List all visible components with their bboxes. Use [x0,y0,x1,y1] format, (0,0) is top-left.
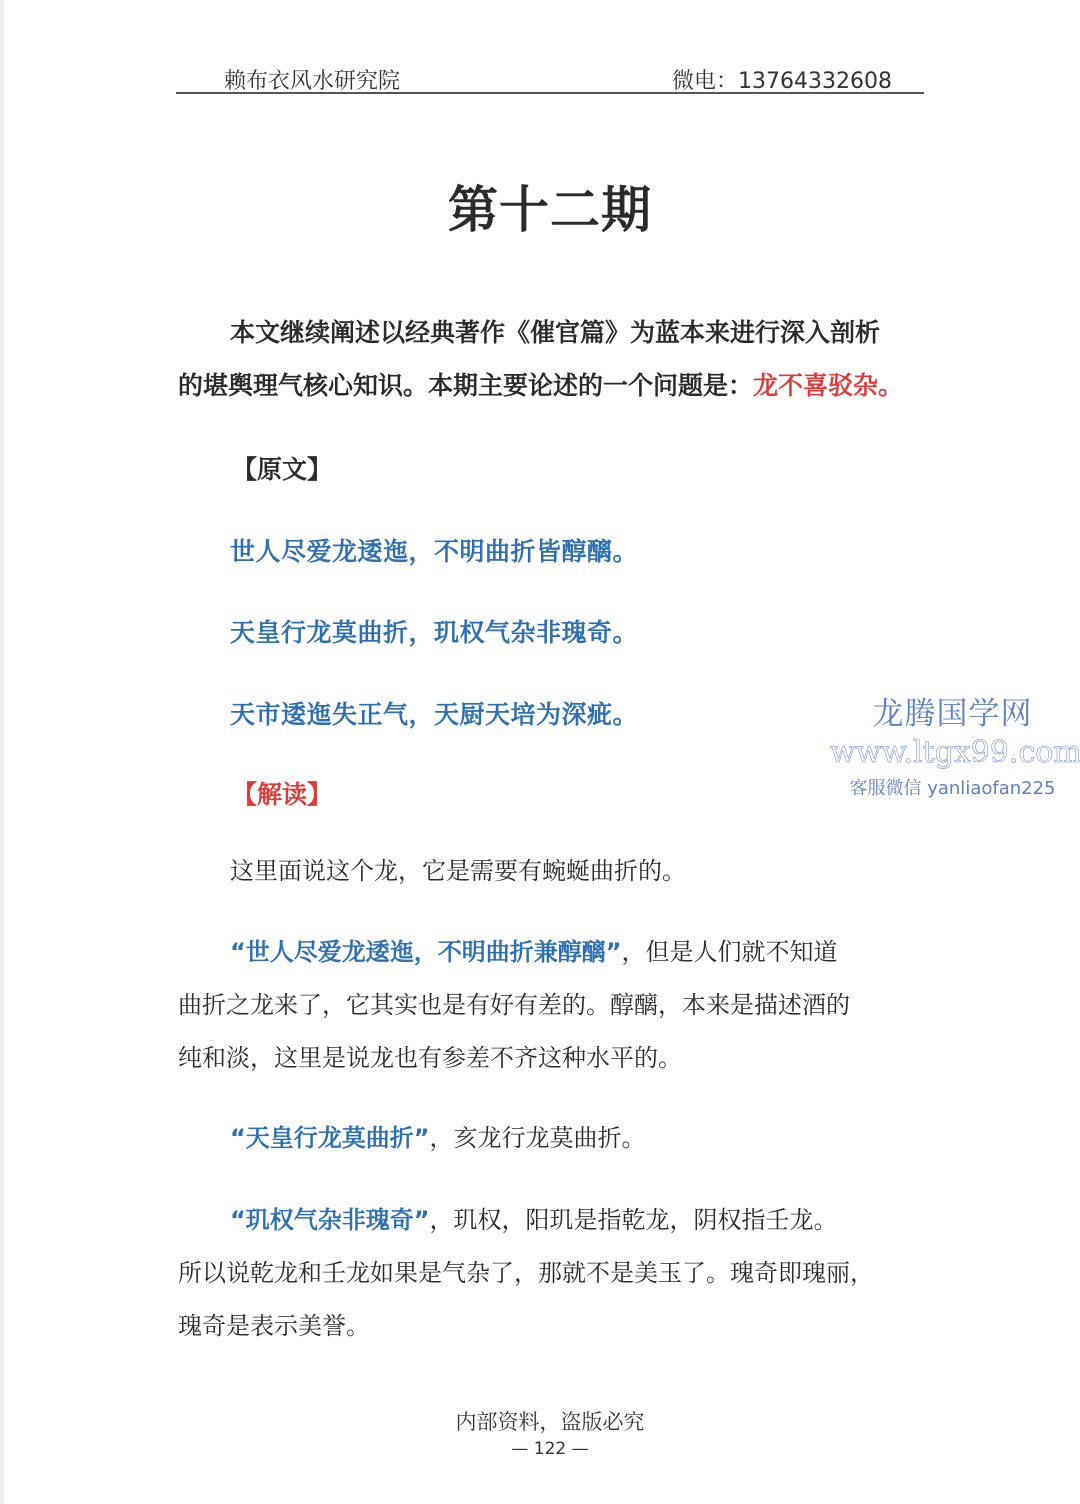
quote-verse-2a: “天皇行龙莫曲折” [230,1124,430,1152]
interp-p4-rest: ，玑权，阳玑是指乾龙，阴权指壬龙。 [430,1206,838,1234]
interp-p2-line-3: 纯和淡，这里是说龙也有参差不齐这种水平的。 [178,1032,930,1085]
interp-paragraph-4: “玑权气杂非瑰奇”，玑权，阳玑是指乾龙，阴权指壬龙。 所以说乾龙和壬龙如果是气杂… [178,1194,930,1353]
watermark: 龙腾国学网 www.ltgx99.com 客服微信 yanliaofan225 [830,688,1075,800]
verse-2: 天皇行龙莫曲折，玑权气杂非瑰奇。 [230,613,638,649]
watermark-name: 龙腾国学网 [830,688,1075,733]
interp-p2-rest: ，但是人们就不知道 [622,938,838,966]
header-contact: 微电：13764332608 [672,64,892,95]
verse-3: 天市逶迤失正气，天厨天培为深疵。 [230,695,638,731]
quote-verse-2b: “玑权气杂非瑰奇” [230,1206,430,1234]
intro-highlight: 龙不喜驳杂。 [753,371,903,400]
interp-p4-line-1: “玑权气杂非瑰奇”，玑权，阳玑是指乾龙，阴权指壬龙。 [178,1194,930,1247]
header-divider [176,92,924,94]
original-label: 【原文】 [232,450,332,486]
intro-line-1: 本文继续阐述以经典著作《催官篇》为蓝本来进行深入剖析 [178,306,930,359]
intro-paragraph: 本文继续阐述以经典著作《催官篇》为蓝本来进行深入剖析 的堪舆理气核心知识。本期主… [178,306,930,412]
header-org: 赖布衣风水研究院 [224,64,400,95]
watermark-url: www.ltgx99.com [830,735,1075,770]
interpretation-label: 【解读】 [232,775,332,811]
quote-verse-1: “世人尽爱龙逶迤，不明曲折兼醇醨” [230,938,622,966]
interp-p2-line-2: 曲折之龙来了，它其实也是有好有差的。醇醨，本来是描述酒的 [178,979,930,1032]
page-number: — 122 — [0,1439,1080,1459]
intro-line-2: 的堪舆理气核心知识。本期主要论述的一个问题是：龙不喜驳杂。 [178,359,930,412]
interp-p4-line-2: 所以说乾龙和壬龙如果是气杂了，那就不是美玉了。瑰奇即瑰丽， [178,1247,930,1300]
interp-paragraph-1: 这里面说这个龙，它是需要有蜿蜒曲折的。 [178,845,930,898]
intro-line-2-text: 的堪舆理气核心知识。本期主要论述的一个问题是： [178,371,753,400]
page-title: 第十二期 [0,170,1080,242]
interp-paragraph-3: “天皇行龙莫曲折”，亥龙行龙莫曲折。 [178,1112,930,1165]
interp-p4-line-3: 瑰奇是表示美誉。 [178,1300,930,1353]
footer-notice: 内部资料，盗版必究 [0,1406,1080,1436]
interp-p2-line-1: “世人尽爱龙逶迤，不明曲折兼醇醨”，但是人们就不知道 [178,926,930,979]
verse-1: 世人尽爱龙逶迤，不明曲折皆醇醨。 [230,532,638,568]
watermark-service: 客服微信 yanliaofan225 [830,774,1075,800]
page-header: 赖布衣风水研究院 微电：13764332608 [176,60,924,94]
interp-p3-rest: ，亥龙行龙莫曲折。 [430,1124,646,1152]
interp-paragraph-2: “世人尽爱龙逶迤，不明曲折兼醇醨”，但是人们就不知道 曲折之龙来了，它其实也是有… [178,926,930,1085]
